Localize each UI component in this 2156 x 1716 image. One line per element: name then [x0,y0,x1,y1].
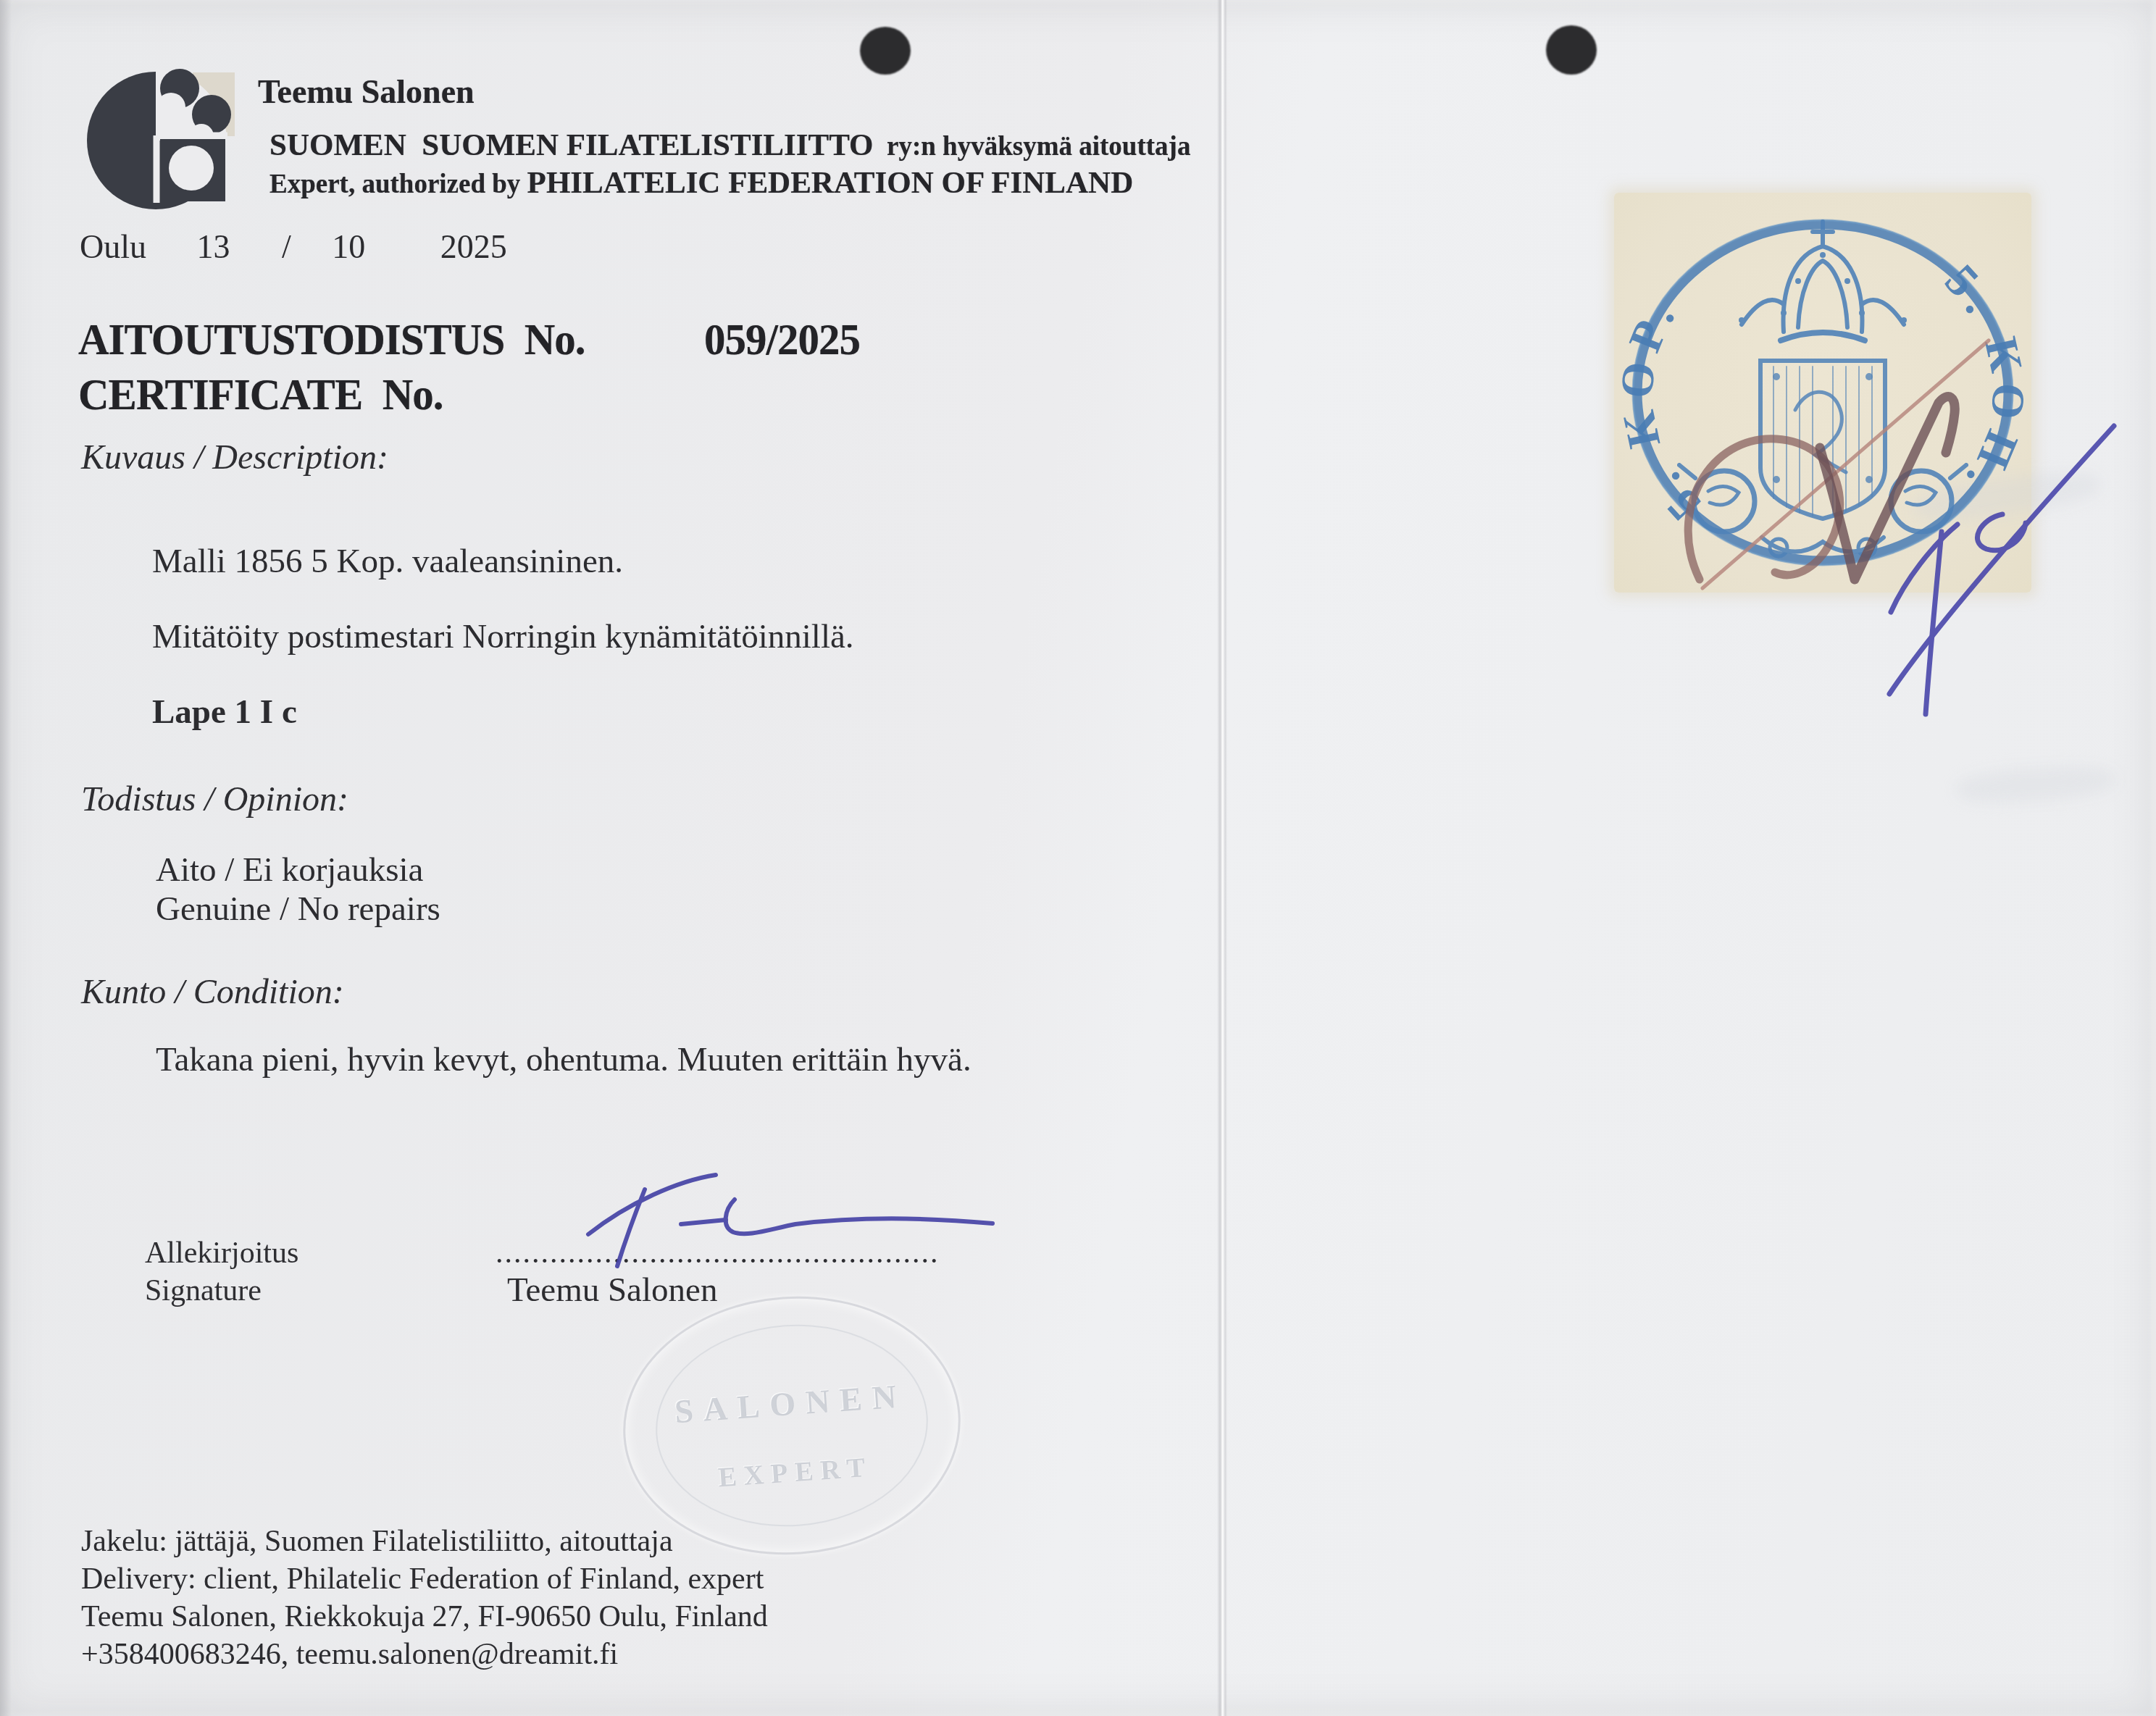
date-line: Oulu 13 / 10 2025 [80,227,507,266]
date-day: 13 [197,227,274,266]
condition-text: Takana pieni, hyvin kevyt, ohentuma. Muu… [156,1040,972,1079]
date-separator: / [282,227,324,266]
footer-distribution-fi: Jakelu: jättäjä, Suomen Filatelistiliitt… [81,1524,673,1559]
expert-name: Teemu Salonen [258,72,475,111]
footer-address: Teemu Salonen, Riekkokuja 27, FI-90650 O… [81,1599,768,1634]
signer-name: Teemu Salonen [507,1271,717,1310]
org-line-en: Expert, authorized by PHILATELIC FEDERAT… [258,152,1133,214]
punch-hole-right [1546,25,1597,75]
fold-crease [1217,0,1227,1716]
date-year: 2025 [440,227,507,266]
signature-label-fi: Allekirjoitus [145,1236,298,1271]
signature-label-en: Signature [145,1273,262,1308]
show-through-mark [1955,762,2117,806]
date-month: 10 [332,227,432,266]
description-label: Kuvaus / Description: [81,438,388,477]
org-en-prefix: Expert, authorized by [269,169,527,199]
punch-hole-left [860,27,911,75]
certificate-number: 059/2025 [704,314,860,366]
certificate-title-fi: AITOUTUSTODISTUS No. [78,314,585,366]
certificate-scan: Teemu Salonen SUOMEN SUOMEN FILATELISTIL… [0,0,2156,1716]
expert-logo [85,68,238,213]
footer-distribution-en: Delivery: client, Philatelic Federation … [81,1562,764,1596]
opinion-label: Todistus / Opinion: [81,779,348,819]
footer-contact: +358400683246, teemu.salonen@dreamit.fi [81,1637,618,1672]
certificate-title-en: CERTIFICATE No. [78,369,443,421]
stamp-paper [1614,193,2031,593]
catalog-reference: Lape 1 I c [152,692,297,732]
opinion-line-fi: Aito / Ei korjauksia [156,850,423,890]
date-city: Oulu [80,227,188,266]
signature-dotted-line: ........................................… [496,1236,937,1271]
opinion-line-en: Genuine / No repairs [156,890,440,929]
scan-left-edge [0,0,12,1716]
description-line2: Mitätöity postimestari Norringin kynämit… [152,617,854,656]
condition-label: Kunto / Condition: [81,972,344,1012]
description-line1: Malli 1856 5 Kop. vaaleansininen. [152,542,623,581]
org-en-strong: PHILATELIC FEDERATION OF FINLAND [527,166,1134,200]
